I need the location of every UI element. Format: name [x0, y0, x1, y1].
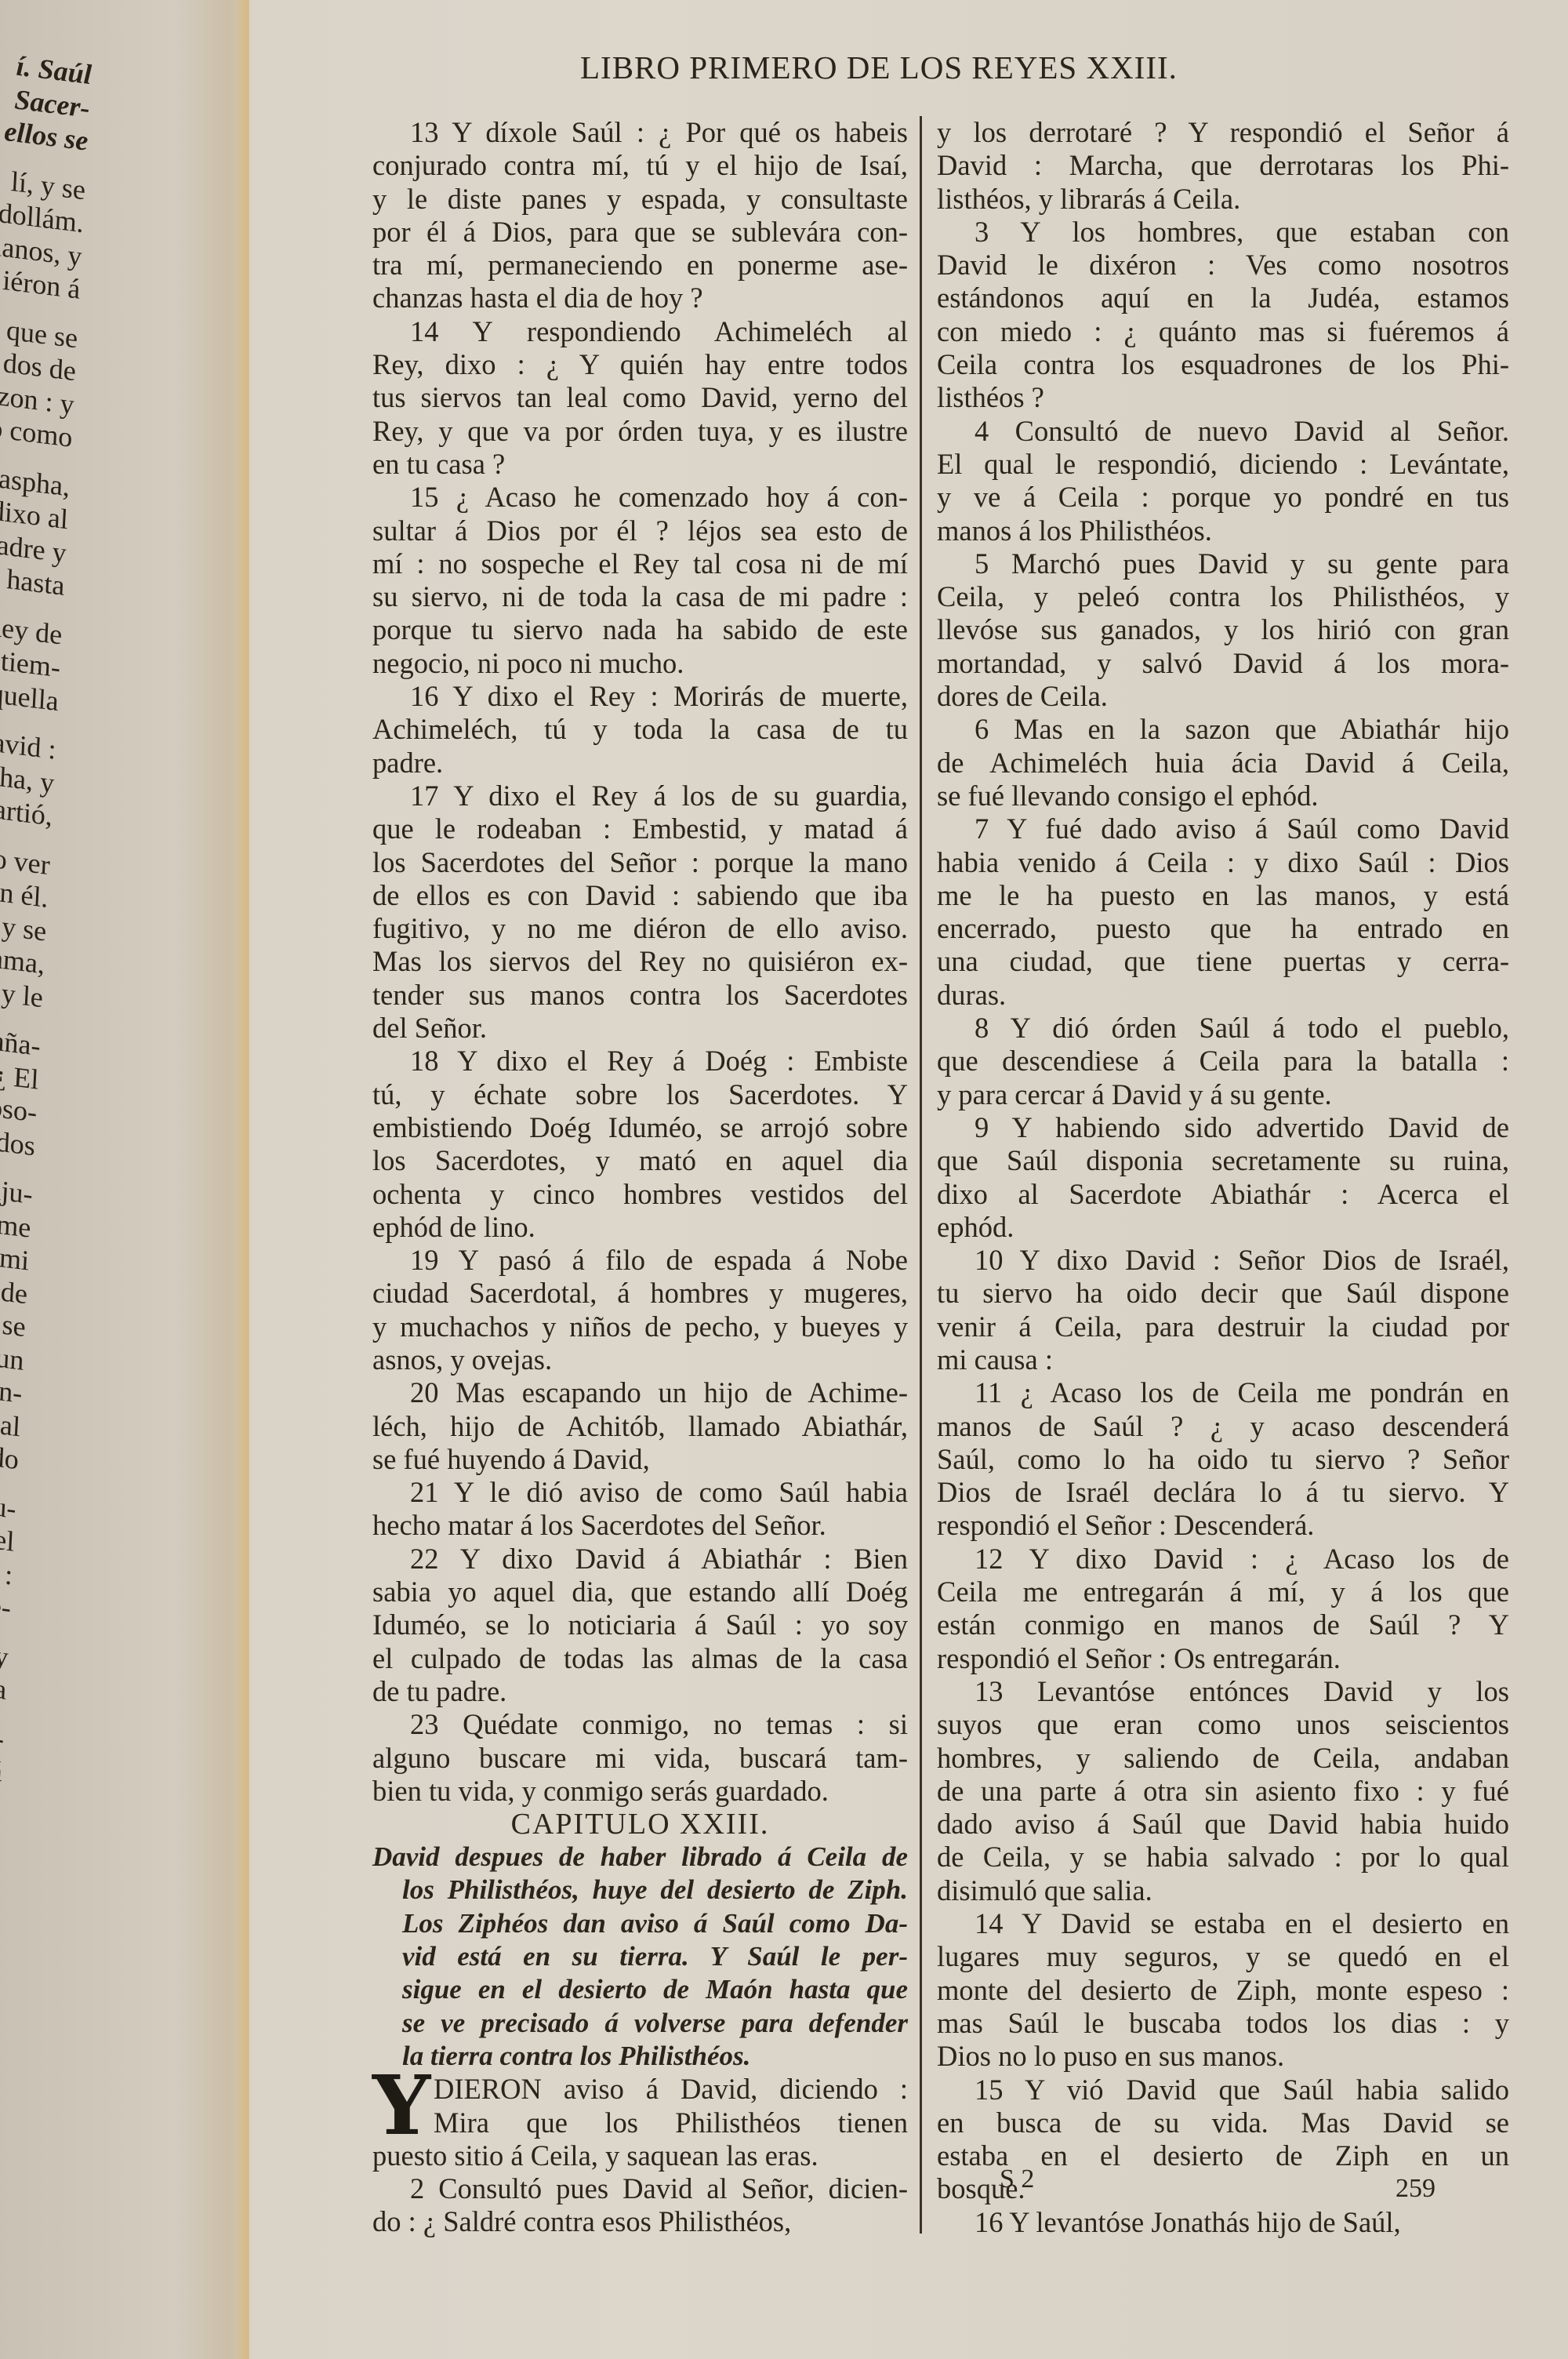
text-line: ochenta y cinco hombres vestidos del	[372, 1178, 908, 1211]
verse-10: 10 Y dixo David : Señor Dios de Israél,t…	[937, 1244, 1509, 1376]
text-line: hombres, y saliendo de Ceila, andaban	[937, 1742, 1509, 1775]
text-line: léch, hijo de Achitób, llamado Abiathár,	[372, 1410, 908, 1443]
text-line: están conmigo en manos de Saúl ? Y	[937, 1608, 1509, 1641]
verse-2-continued: y los derrotaré ? Y respondió el Señor á…	[937, 116, 1509, 216]
text-line: Ceila me entregarán á mí, y á los que	[937, 1576, 1509, 1608]
verse-13: 13 Levantóse entónces David y lossuyos q…	[937, 1675, 1509, 1907]
text-line: alguno buscare mi vida, buscará tam-	[372, 1742, 908, 1775]
text-line: Rey, y que va por órden tuya, y es ilust…	[372, 415, 908, 448]
verse-14: 14 Y David se estaba en el desierto enlu…	[937, 1907, 1509, 2073]
text-line: do : ¿ Saldré contra esos Philisthéos,	[372, 2205, 908, 2238]
text-line: manos de Saúl ? ¿ y acaso descenderá	[937, 1410, 1509, 1443]
text-line: ciudad Sacerdotal, á hombres y mugeres,	[372, 1277, 908, 1310]
facing-page-text: í. SaúlSacer-ellos selí, y sedollám.iano…	[0, 47, 93, 1937]
verse-20: 20 Mas escapando un hijo de Achime-léch,…	[372, 1376, 908, 1476]
text-line: llevóse sus ganados, y los hirió con gra…	[937, 613, 1509, 646]
text-line: su siervo, ni de toda la casa de mi padr…	[372, 580, 908, 613]
text-line: mí : no sospeche el Rey tal cosa ni de m…	[372, 547, 908, 580]
verse-22: 22 Y dixo David á Abiathár : Biensabia y…	[372, 1543, 908, 1708]
text-line: de una parte á otra sin asiento fixo : y…	[937, 1775, 1509, 1808]
text-line: dixo al Sacerdote Abiathár : Acerca el	[937, 1178, 1509, 1211]
verse-16: 16 Y dixo el Rey : Morirás de muerte,Ach…	[372, 680, 908, 780]
text-line: la tierra contra los Philisthéos.	[372, 2040, 908, 2073]
chapter-summary: David despues de haber librado á Ceila d…	[372, 1841, 908, 2073]
verse-21: 21 Y le dió aviso de como Saúl habiahech…	[372, 1476, 908, 1543]
text-line: estándonos aquí en la Judéa, estamos	[937, 282, 1509, 314]
text-line: tu siervo ha oido decir que Saúl dispone	[937, 1277, 1509, 1310]
text-line: lugares muy seguros, y se quedó en el	[937, 1940, 1509, 1973]
text-line: Los Ziphéos dan aviso á Saúl como Da-	[372, 1907, 908, 1940]
text-line: que Saúl disponia secretamente su ruina,	[937, 1144, 1509, 1177]
text-line: 12 Y dixo David : ¿ Acaso los de	[937, 1543, 1509, 1576]
text-line: 2 Consultó pues David al Señor, dicien-	[372, 2172, 908, 2205]
text-line: 6 Mas en la sazon que Abiathár hijo	[937, 713, 1509, 746]
text-line: ephód de lino.	[372, 1211, 908, 1244]
text-line: una ciudad, que tiene puertas y cerra-	[937, 945, 1509, 978]
text-line: conjurado contra mí, tú y el hijo de Isa…	[372, 149, 908, 182]
verse-4: 4 Consultó de nuevo David al Señor.El qu…	[937, 415, 1509, 547]
text-line: 22 Y dixo David á Abiathár : Bien	[372, 1543, 908, 1576]
text-line: Saúl, como lo ha oido tu siervo ? Señor	[937, 1443, 1509, 1476]
text-line: en tu casa ?	[372, 448, 908, 481]
text-line: listhéos, y librarás á Ceila.	[937, 183, 1509, 216]
text-line: sigue en el desierto de Maón hasta que	[372, 1973, 908, 2006]
text-line: me le ha puesto en las manos, y está	[937, 879, 1509, 912]
text-line: respondió el Señor : Descenderá.	[937, 1509, 1509, 1542]
text-line: 20 Mas escapando un hijo de Achime-	[372, 1376, 908, 1409]
text-line: Mas los siervos del Rey no quisiéron ex-	[372, 945, 908, 978]
text-line: sabia yo aquel dia, que estando allí Doé…	[372, 1576, 908, 1608]
text-line: chanzas hasta el dia de hoy ?	[372, 282, 908, 314]
text-line: respondió el Señor : Os entregarán.	[937, 1642, 1509, 1675]
text-line: habia venido á Ceila : y dixo Saúl : Dio…	[937, 846, 1509, 879]
text-line: 13 Y díxole Saúl : ¿ Por qué os habeis	[372, 116, 908, 149]
text-line: negocio, ni poco ni mucho.	[372, 647, 908, 680]
column-divider	[920, 116, 922, 2234]
text-line: tú, y échate sobre los Sacerdotes. Y	[372, 1078, 908, 1111]
text-line: 18 Y dixo el Rey á Doég : Embiste	[372, 1045, 908, 1078]
text-line: 11 ¿ Acaso los de Ceila me pondrán en	[937, 1376, 1509, 1409]
text-line: que le rodeaban : Embestid, y matad á	[372, 812, 908, 845]
page-number: 259	[1396, 2174, 1436, 2204]
chapter-heading: CAPITULO XXIII.	[372, 1808, 908, 1841]
text-line: Mira que los Philisthéos tienen	[372, 2106, 908, 2139]
text-line: y los derrotaré ? Y respondió el Señor á	[937, 116, 1509, 149]
text-line: David le dixéron : Ves como nosotros	[937, 249, 1509, 282]
text-line: 15 ¿ Acaso he comenzado hoy á con-	[372, 481, 908, 514]
text-line: David despues de haber librado á Ceila d…	[372, 1841, 908, 1874]
text-line: disimuló que salia.	[937, 1874, 1509, 1907]
text-line: 23 Quédate conmigo, no temas : si	[372, 1708, 908, 1741]
text-line: 15 Y vió David que Saúl habia salido	[937, 2074, 1509, 2106]
text-line: duras.	[937, 979, 1509, 1012]
drop-cap: Y	[372, 2068, 430, 2143]
text-column-right: y los derrotaré ? Y respondió el Señor á…	[937, 116, 1509, 2239]
text-line: encerrado, puesto que ha entrado en	[937, 912, 1509, 945]
text-line: 4 Consultó de nuevo David al Señor.	[937, 415, 1509, 448]
text-line: dado aviso á Saúl que David habia huido	[937, 1808, 1509, 1841]
verse-3: 3 Y los hombres, que estaban conDavid le…	[937, 216, 1509, 415]
text-line: tra mí, permaneciendo en ponerme ase-	[372, 249, 908, 282]
verse-15: 15 ¿ Acaso he comenzado hoy á con-sultar…	[372, 481, 908, 680]
text-line: Iduméo, se lo noticiaria á Saúl : yo soy	[372, 1608, 908, 1641]
text-line: de Achimeléch huia ácia David á Ceila,	[937, 747, 1509, 780]
verse-9: 9 Y habiendo sido advertido David deque …	[937, 1111, 1509, 1244]
text-line: 7 Y fué dado aviso á Saúl como David	[937, 812, 1509, 845]
text-line: mortandad, y salvó David á los mora-	[937, 647, 1509, 680]
text-line: Achimeléch, tú y toda la casa de tu	[372, 713, 908, 746]
printer-signature-mark: S 2	[1000, 2165, 1034, 2194]
text-line: de ellos es con David : sabiendo que iba	[372, 879, 908, 912]
verse-8: 8 Y dió órden Saúl á todo el pueblo,que …	[937, 1012, 1509, 1111]
text-line: que descendiese á Ceila para la batalla …	[937, 1045, 1509, 1078]
text-line: listhéos ?	[937, 381, 1509, 414]
verse-13: 13 Y díxole Saúl : ¿ Por qué os habeisco…	[372, 116, 908, 315]
text-line: Rey, dixo : ¿ Y quién hay entre todos	[372, 348, 908, 381]
text-line: del Señor.	[372, 1012, 908, 1045]
verse-16: 16 Y levantóse Jonathás hijo de Saúl,	[937, 2206, 1509, 2239]
text-line: Ceila, y peleó contra los Philisthéos, y	[937, 580, 1509, 613]
text-line: en busca de su vida. Mas David se	[937, 2106, 1509, 2139]
verse-17: 17 Y dixo el Rey á los de su guardia,que…	[372, 780, 908, 1045]
verse-14: 14 Y respondiendo Achimeléch alRey, dixo…	[372, 315, 908, 481]
text-line: porque tu siervo nada ha sabido de este	[372, 613, 908, 646]
text-line: 21 Y le dió aviso de como Saúl habia	[372, 1476, 908, 1509]
verse-7: 7 Y fué dado aviso á Saúl como Davidhabi…	[937, 812, 1509, 1012]
text-line: bien tu vida, y conmigo serás guardado.	[372, 1775, 908, 1808]
text-line: suyos que eran como unos seiscientos	[937, 1708, 1509, 1741]
text-line: se ve precisado á volverse para defender	[372, 2007, 908, 2040]
text-line: 19 Y pasó á filo de espada á Nobe	[372, 1244, 908, 1277]
text-line: padre.	[372, 747, 908, 780]
text-line: asnos, y ovejas.	[372, 1343, 908, 1376]
text-line: 17 Y dixo el Rey á los de su guardia,	[372, 780, 908, 812]
text-line: 16 Y levantóse Jonathás hijo de Saúl,	[937, 2206, 1509, 2239]
text-line: Dios de Israél declára lo á tu siervo. Y	[937, 1476, 1509, 1509]
text-line: los Sacerdotes, y mató en aquel dia	[372, 1144, 908, 1177]
verse-18: 18 Y dixo el Rey á Doég : Embistetú, y é…	[372, 1045, 908, 1244]
text-line: venir á Ceila, para destruir la ciudad p…	[937, 1310, 1509, 1343]
text-line: embistiendo Doég Iduméo, se arrojó sobre	[372, 1111, 908, 1144]
text-line: y muchachos y niños de pecho, y bueyes y	[372, 1310, 908, 1343]
text-line: 8 Y dió órden Saúl á todo el pueblo,	[937, 1012, 1509, 1045]
facing-page-fragment: í. SaúlSacer-ellos selí, y sedollám.iano…	[0, 0, 249, 2359]
text-line: 13 Levantóse entónces David y los	[937, 1675, 1509, 1708]
text-line: Dios no lo puso en sus manos.	[937, 2040, 1509, 2073]
text-line: 14 Y David se estaba en el desierto en	[937, 1907, 1509, 1940]
verse-19: 19 Y pasó á filo de espada á Nobeciudad …	[372, 1244, 908, 1376]
verse-1: DIERON aviso á David, diciendo :Mira que…	[372, 2073, 908, 2172]
text-line: y ve á Ceila : porque yo pondré en tus	[937, 481, 1509, 514]
text-line: por él á Dios, para que se sublevára con…	[372, 216, 908, 249]
text-line: tender sus manos contra los Sacerdotes	[372, 979, 908, 1012]
text-line: tus siervos tan leal como David, yerno d…	[372, 381, 908, 414]
verse-12: 12 Y dixo David : ¿ Acaso los deCeila me…	[937, 1543, 1509, 1675]
text-line: 3 Y los hombres, que estaban con	[937, 216, 1509, 249]
text-line: y le diste panes y espada, y consultaste	[372, 183, 908, 216]
text-line: 9 Y habiendo sido advertido David de	[937, 1111, 1509, 1144]
text-line: Ceila contra los esquadrones de los Phi-	[937, 348, 1509, 381]
verse-5: 5 Marchó pues David y su gente paraCeila…	[937, 547, 1509, 713]
verse-11: 11 ¿ Acaso los de Ceila me pondrán enman…	[937, 1376, 1509, 1542]
text-column-left: 13 Y díxole Saúl : ¿ Por qué os habeisco…	[372, 116, 908, 2239]
text-line: vid está en su tierra. Y Saúl le per-	[372, 1940, 908, 1973]
text-line: dores de Ceila.	[937, 680, 1509, 713]
text-line: mas Saúl le buscaba todos los dias : y	[937, 2007, 1509, 2040]
text-line: el culpado de todas las almas de la casa	[372, 1642, 908, 1675]
text-line: de Ceila, y se habia salvado : por lo qu…	[937, 1841, 1509, 1874]
text-line: los Philisthéos, huye del desierto de Zi…	[372, 1874, 908, 1906]
verse-23: 23 Quédate conmigo, no temas : sialguno …	[372, 1708, 908, 1808]
text-line: monte del desierto de Ziph, monte espeso…	[937, 1974, 1509, 2007]
text-line: fugitivo, y no me diéron de ello aviso.	[372, 912, 908, 945]
chapter-opening: Y DIERON aviso á David, diciendo :Mira q…	[372, 2073, 908, 2172]
text-line: ephód.	[937, 1211, 1509, 1244]
text-line: David : Marcha, que derrotaras los Phi-	[937, 149, 1509, 182]
text-line: 14 Y respondiendo Achimeléch al	[372, 315, 908, 348]
text-line: El qual le respondió, diciendo : Levánta…	[937, 448, 1509, 481]
verse-2: 2 Consultó pues David al Señor, dicien-d…	[372, 2172, 908, 2239]
text-line: con miedo : ¿ quánto mas si fuéremos á	[937, 315, 1509, 348]
verse-6: 6 Mas en la sazon que Abiathár hijode Ac…	[937, 713, 1509, 812]
text-line: 10 Y dixo David : Señor Dios de Israél,	[937, 1244, 1509, 1277]
text-line: DIERON aviso á David, diciendo :	[372, 2073, 908, 2106]
text-line: se fué huyendo á David,	[372, 1443, 908, 1476]
text-line: sultar á Dios por él ? léjos sea esto de	[372, 514, 908, 547]
running-header: LIBRO PRIMERO DE LOS REYES XXIII.	[580, 49, 1286, 86]
text-line: manos á los Philisthéos.	[937, 514, 1509, 547]
text-line: y para cercar á David y á su gente.	[937, 1078, 1509, 1111]
text-line: de tu padre.	[372, 1675, 908, 1708]
text-line: hecho matar á los Sacerdotes del Señor.	[372, 1509, 908, 1542]
text-line: puesto sitio á Ceila, y saquean las eras…	[372, 2139, 908, 2172]
text-line: mi causa :	[937, 1343, 1509, 1376]
text-line: los Sacerdotes del Señor : porque la man…	[372, 846, 908, 879]
text-line: 16 Y dixo el Rey : Morirás de muerte,	[372, 680, 908, 713]
text-line: 5 Marchó pues David y su gente para	[937, 547, 1509, 580]
text-line: se fué llevando consigo el ephód.	[937, 780, 1509, 812]
